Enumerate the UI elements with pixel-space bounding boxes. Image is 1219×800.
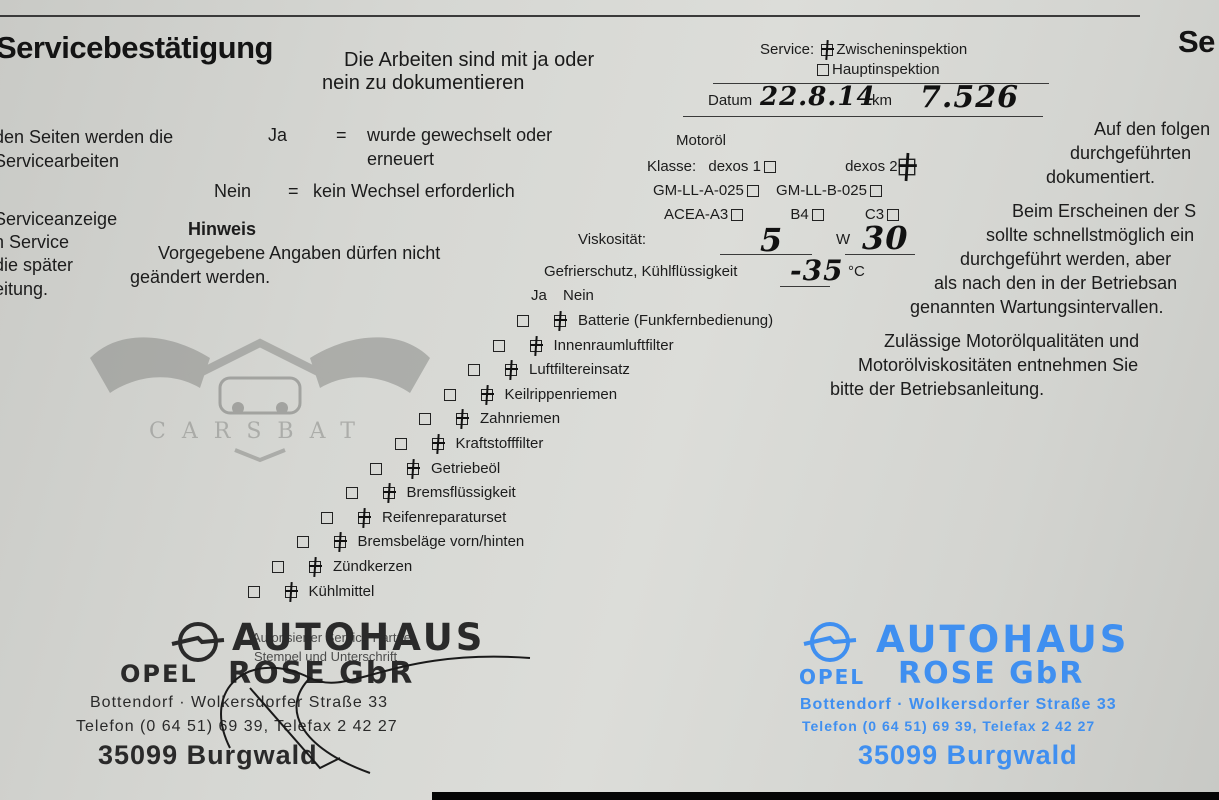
car-wings-logo-icon: CARSBAT [80, 318, 440, 468]
page-title-right-fragment: Se [1178, 24, 1215, 60]
checklist-item: Kraftstofffilter [392, 435, 544, 453]
left-fragment: eitung. [0, 278, 48, 301]
gm-ll-a-025-checkbox[interactable] [747, 185, 759, 197]
col-nein-header: Nein [563, 287, 594, 304]
nein-checkbox[interactable] [309, 561, 321, 573]
checklist-item: Getriebeöl [367, 460, 500, 478]
stamp-right-address: Bottendorf · Wolkersdorfer Straße 33 [800, 696, 1117, 714]
nein-checkbox[interactable] [554, 315, 566, 327]
hauptinspektion-row: Hauptinspektion [814, 60, 940, 79]
stamp-right-line1: AUTOHAUS [876, 618, 1129, 661]
nein-checkbox[interactable] [334, 536, 346, 548]
nein-checkbox[interactable] [383, 487, 395, 499]
ja-checkbox[interactable] [346, 487, 358, 499]
right-fragment: bitte der Betriebsanleitung. [830, 378, 1044, 401]
left-fragment: n Service [0, 231, 69, 254]
ja-description-line1: wurde gewechselt oder [367, 124, 552, 147]
checklist-item-label: Luftfiltereinsatz [529, 361, 630, 379]
checklist-item: Reifenreparaturset [318, 509, 506, 527]
checklist-item: Luftfiltereinsatz [465, 361, 630, 379]
oil-class-row-2: GM-LL-A-025 GM-LL-B-025 [653, 181, 885, 200]
datum-label: Datum [708, 91, 752, 110]
ja-checkbox[interactable] [395, 438, 407, 450]
hinweis-heading: Hinweis [188, 218, 256, 241]
hinweis-line1: Vorgegebene Angaben dürfen nicht [158, 242, 440, 265]
ja-checkbox[interactable] [297, 536, 309, 548]
right-fragment: Beim Erscheinen der S [1012, 200, 1196, 223]
frostschutz-label: Gefrierschutz, Kühlflüssigkeit [544, 262, 737, 281]
signature-icon [190, 628, 540, 778]
checklist-item: Zündkerzen [269, 558, 412, 576]
right-fragment: durchgeführten [1070, 142, 1191, 165]
ja-checkbox[interactable] [321, 512, 333, 524]
checklist-item: Kühlmittel [245, 583, 375, 601]
frostschutz-unit: °C [848, 262, 865, 281]
nein-equals: = [288, 180, 299, 203]
checklist-item-label: Kühlmittel [309, 583, 375, 601]
km-label: km [872, 91, 892, 110]
stamp-right-brand: OPEL [799, 665, 865, 689]
checklist-item: Bremsbeläge vorn/hinten [294, 533, 525, 551]
checklist-item-label: Reifenreparaturset [382, 509, 506, 527]
right-fragment: genannten Wartungsintervallen. [910, 296, 1164, 319]
stamp-right-city: 35099 Burgwald [858, 740, 1078, 771]
right-fragment: durchgeführt werden, aber [960, 248, 1171, 271]
checklist-item: Innenraumluftfilter [490, 337, 674, 355]
service-label: Service: [760, 41, 814, 58]
nein-checkbox[interactable] [358, 512, 370, 524]
dexos2-checkbox[interactable] [898, 159, 915, 176]
dexos1-checkbox[interactable] [764, 161, 776, 173]
ja-checkbox[interactable] [272, 561, 284, 573]
zwischeninspektion-label: Zwischeninspektion [836, 41, 967, 58]
nein-checkbox[interactable] [432, 438, 444, 450]
b4-label: B4 [790, 206, 808, 223]
oil-class-row-1: Klasse: dexos 1 dexos 2 [647, 157, 916, 176]
ja-label: Ja [268, 124, 287, 147]
ja-checkbox[interactable] [444, 389, 456, 401]
viskositaet-field-2[interactable]: 30 [862, 219, 909, 257]
checklist-item-label: Zündkerzen [333, 558, 412, 576]
gm-ll-b-025-label: GM-LL-B-025 [776, 182, 867, 199]
dexos2-label: dexos 2 [845, 158, 898, 175]
ja-description-line2: erneuert [367, 148, 434, 171]
ja-checkbox[interactable] [370, 463, 382, 475]
checklist-item-label: Zahnriemen [480, 410, 560, 428]
klasse-label: Klasse: [647, 158, 696, 175]
checklist-item-label: Keilrippenriemen [505, 386, 618, 404]
ja-checkbox[interactable] [419, 413, 431, 425]
page-title: Servicebestätigung [0, 30, 273, 66]
instructions-heading-line2: nein zu dokumentieren [322, 71, 524, 95]
checklist-item-label: Kraftstofffilter [456, 435, 544, 453]
top-rule [0, 15, 1140, 17]
km-field[interactable]: 7.526 [920, 80, 1019, 115]
nein-checkbox[interactable] [456, 413, 468, 425]
nein-description: kein Wechsel erforderlich [313, 180, 515, 203]
stamp-right-phone: Telefon (0 64 51) 69 39, Telefax 2 42 27 [802, 718, 1095, 734]
right-fragment: sollte schnellstmöglich ein [986, 224, 1194, 247]
ja-checkbox[interactable] [517, 315, 529, 327]
nein-label: Nein [214, 180, 251, 203]
checklist-item: Batterie (Funkfernbedienung) [514, 312, 773, 330]
right-fragment: dokumentiert. [1046, 166, 1155, 189]
frostschutz-field[interactable]: -35 [790, 254, 844, 287]
checklist-header: Ja Nein [531, 286, 594, 305]
gm-ll-a-025-label: GM-LL-A-025 [653, 182, 744, 199]
checklist-item: Keilrippenriemen [441, 386, 618, 404]
instructions-heading-line1: Die Arbeiten sind mit ja oder [344, 48, 594, 72]
nein-checkbox[interactable] [285, 586, 297, 598]
col-ja-header: Ja [531, 287, 547, 304]
left-fragment: die später [0, 254, 73, 277]
service-row: Service: Zwischeninspektion [760, 40, 967, 59]
viskositaet-label: Viskosität: [578, 230, 646, 249]
nein-checkbox[interactable] [481, 389, 493, 401]
right-fragment: als nach den in der Betriebsan [934, 272, 1177, 295]
motoroel-label: Motoröl [676, 131, 726, 150]
ja-checkbox[interactable] [248, 586, 260, 598]
left-fragment: Servicearbeiten [0, 150, 119, 173]
right-fragment: Motorölviskositäten entnehmen Sie [858, 354, 1138, 377]
checklist-item-label: Innenraumluftfilter [554, 337, 674, 355]
nein-checkbox[interactable] [530, 340, 542, 352]
opel-logo-icon [800, 620, 860, 668]
hauptinspektion-checkbox[interactable] [817, 64, 829, 76]
ja-checkbox[interactable] [493, 340, 505, 352]
checklist-item: Zahnriemen [416, 410, 560, 428]
watermark-text: CARSBAT [149, 419, 371, 444]
dexos1-label: dexos 1 [708, 158, 761, 175]
checklist-item: Bremsflüssigkeit [343, 484, 516, 502]
checklist-item-label: Batterie (Funkfernbedienung) [578, 312, 773, 330]
viskositaet-w: W [836, 230, 850, 249]
b4-checkbox[interactable] [812, 209, 824, 221]
right-fragment: Auf den folgen [1094, 118, 1210, 141]
checklist-item-label: Getriebeöl [431, 460, 500, 478]
left-fragment: Serviceanzeige [0, 208, 117, 231]
checklist-item-label: Bremsbeläge vorn/hinten [358, 533, 525, 551]
checklist-item-label: Bremsflüssigkeit [407, 484, 516, 502]
photo-edge-bar [432, 792, 1219, 800]
ja-equals: = [336, 124, 347, 147]
frostschutz-underline [780, 286, 830, 287]
stamp-right-line2: ROSE GbR [898, 656, 1084, 691]
hinweis-line2: geändert werden. [130, 266, 270, 289]
datum-field[interactable]: 22.8.14 [760, 82, 876, 112]
left-fragment: den Seiten werden die [0, 126, 173, 149]
gm-ll-b-025-checkbox[interactable] [870, 185, 882, 197]
right-fragment: Zulässige Motorölqualitäten und [884, 330, 1139, 353]
ja-checkbox[interactable] [468, 364, 480, 376]
stamp-left-brand: OPEL [120, 660, 198, 688]
zwischeninspektion-checkbox[interactable] [821, 44, 833, 56]
nein-checkbox[interactable] [505, 364, 517, 376]
datum-underline [683, 116, 1043, 117]
viskositaet-underline-2 [845, 254, 915, 255]
acea-a3-label: ACEA-A3 [664, 206, 728, 223]
hauptinspektion-label: Hauptinspektion [832, 61, 940, 78]
nein-checkbox[interactable] [407, 463, 419, 475]
acea-a3-checkbox[interactable] [731, 209, 743, 221]
